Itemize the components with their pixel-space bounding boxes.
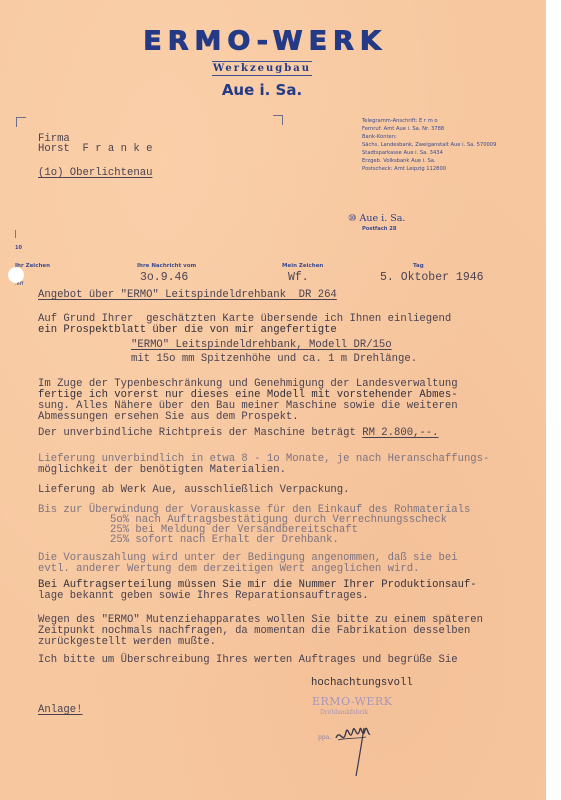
sender-telegram: Telegramm-Anschrift: E r m o xyxy=(362,118,438,125)
value-ihre-nachricht: 3o.9.46 xyxy=(140,272,188,283)
fold-mark xyxy=(15,230,16,238)
body-model-line-1: "ERMO" Leitspindeldrehbank, Modell DR/15… xyxy=(131,340,392,351)
body-p2-line-4: Abmessungen ersehen Sie aus dem Prospekt… xyxy=(38,412,299,423)
sender-bank-1: Sächs. Landesbank, Zweiganstalt Aue i. S… xyxy=(362,142,496,149)
closing-salutation: hochachtungsvoll xyxy=(311,678,413,689)
ppa-label: ppa. xyxy=(318,734,331,741)
body-p1-line-2: ein Prospektblatt über die von mir angef… xyxy=(38,325,337,336)
company-subtitle: Werkzeugbau xyxy=(212,61,312,76)
company-stamp-subtitle: Drehbankfabrik xyxy=(320,709,368,716)
punch-hole xyxy=(8,267,24,283)
price-text: Der unverbindliche Richtpreis der Maschi… xyxy=(38,427,362,439)
value-date: 5. Oktober 1946 xyxy=(380,272,484,283)
body-p8-line-3: zurückgestellt werden mußte. xyxy=(38,637,216,648)
company-stamp: ERMO-WERK xyxy=(312,695,392,708)
signature-icon xyxy=(334,720,374,780)
company-name: ERMO-WERK xyxy=(80,27,450,56)
recipient-name: Horst F r a n k e xyxy=(38,144,152,155)
address-corner-mark-right xyxy=(273,115,283,125)
body-p7-line-2: lage bekannt geben sowie Ihres Reparatio… xyxy=(38,591,369,602)
letter-page: ERMO-WERK Werkzeugbau Aue i. Sa. Firma H… xyxy=(0,0,546,800)
label-tag: Tag xyxy=(413,263,424,269)
address-corner-mark-left xyxy=(16,117,26,127)
margin-number: 10 xyxy=(15,245,22,251)
sender-address-city: ⑩ Aue i. Sa. xyxy=(348,213,405,224)
body-model-line-2: mit 15o mm Spitzenhöhe und ca. 1 m Drehl… xyxy=(131,354,417,365)
sender-bank-4: Postscheck: Amt Leipzig 112800 xyxy=(362,166,446,173)
body-price-line: Der unverbindliche Richtpreis der Maschi… xyxy=(38,428,439,439)
label-mein-zeichen: Mein Zeichen xyxy=(282,263,323,269)
enclosure-note: Anlage! xyxy=(38,705,83,716)
value-mein-zeichen: Wf. xyxy=(288,272,309,283)
sender-phone: Fernruf: Amt Aue i. Sa. Nr. 3788 xyxy=(362,126,444,133)
sender-bank-2: Stadtsparkasse Aue i. Sa. 3434 xyxy=(362,150,443,157)
body-p9: Ich bitte um Überschreibung Ihres werten… xyxy=(38,655,458,666)
body-p4: Lieferung ab Werk Aue, ausschließlich Ve… xyxy=(38,485,350,496)
subject-line: Angebot über "ERMO" Leitspindeldrehbank … xyxy=(38,290,337,301)
sender-address-pobox: Postfach 28 xyxy=(362,226,396,233)
sender-bank-3: Erzgeb. Volksbank Aue i. Sa. xyxy=(362,158,436,165)
body-p6-line-2: evtl. anderer Wertung dem derzeitigen We… xyxy=(38,564,419,575)
label-betreff: .eff xyxy=(15,282,23,287)
sender-bank-header: Bank-Konten: xyxy=(362,134,397,141)
recipient-address: (1o) Oberlichtenau xyxy=(38,168,152,179)
payment-term-3: 25% sofort nach Erhalt der Drehbank. xyxy=(110,535,339,546)
label-ihre-nachricht: Ihre Nachricht vom xyxy=(137,263,196,269)
price-value: RM 2.800,--. xyxy=(362,427,438,439)
body-p3-line-2: möglichkeit der benötigten Materialien. xyxy=(38,465,286,476)
company-city: Aue i. Sa. xyxy=(212,81,312,99)
